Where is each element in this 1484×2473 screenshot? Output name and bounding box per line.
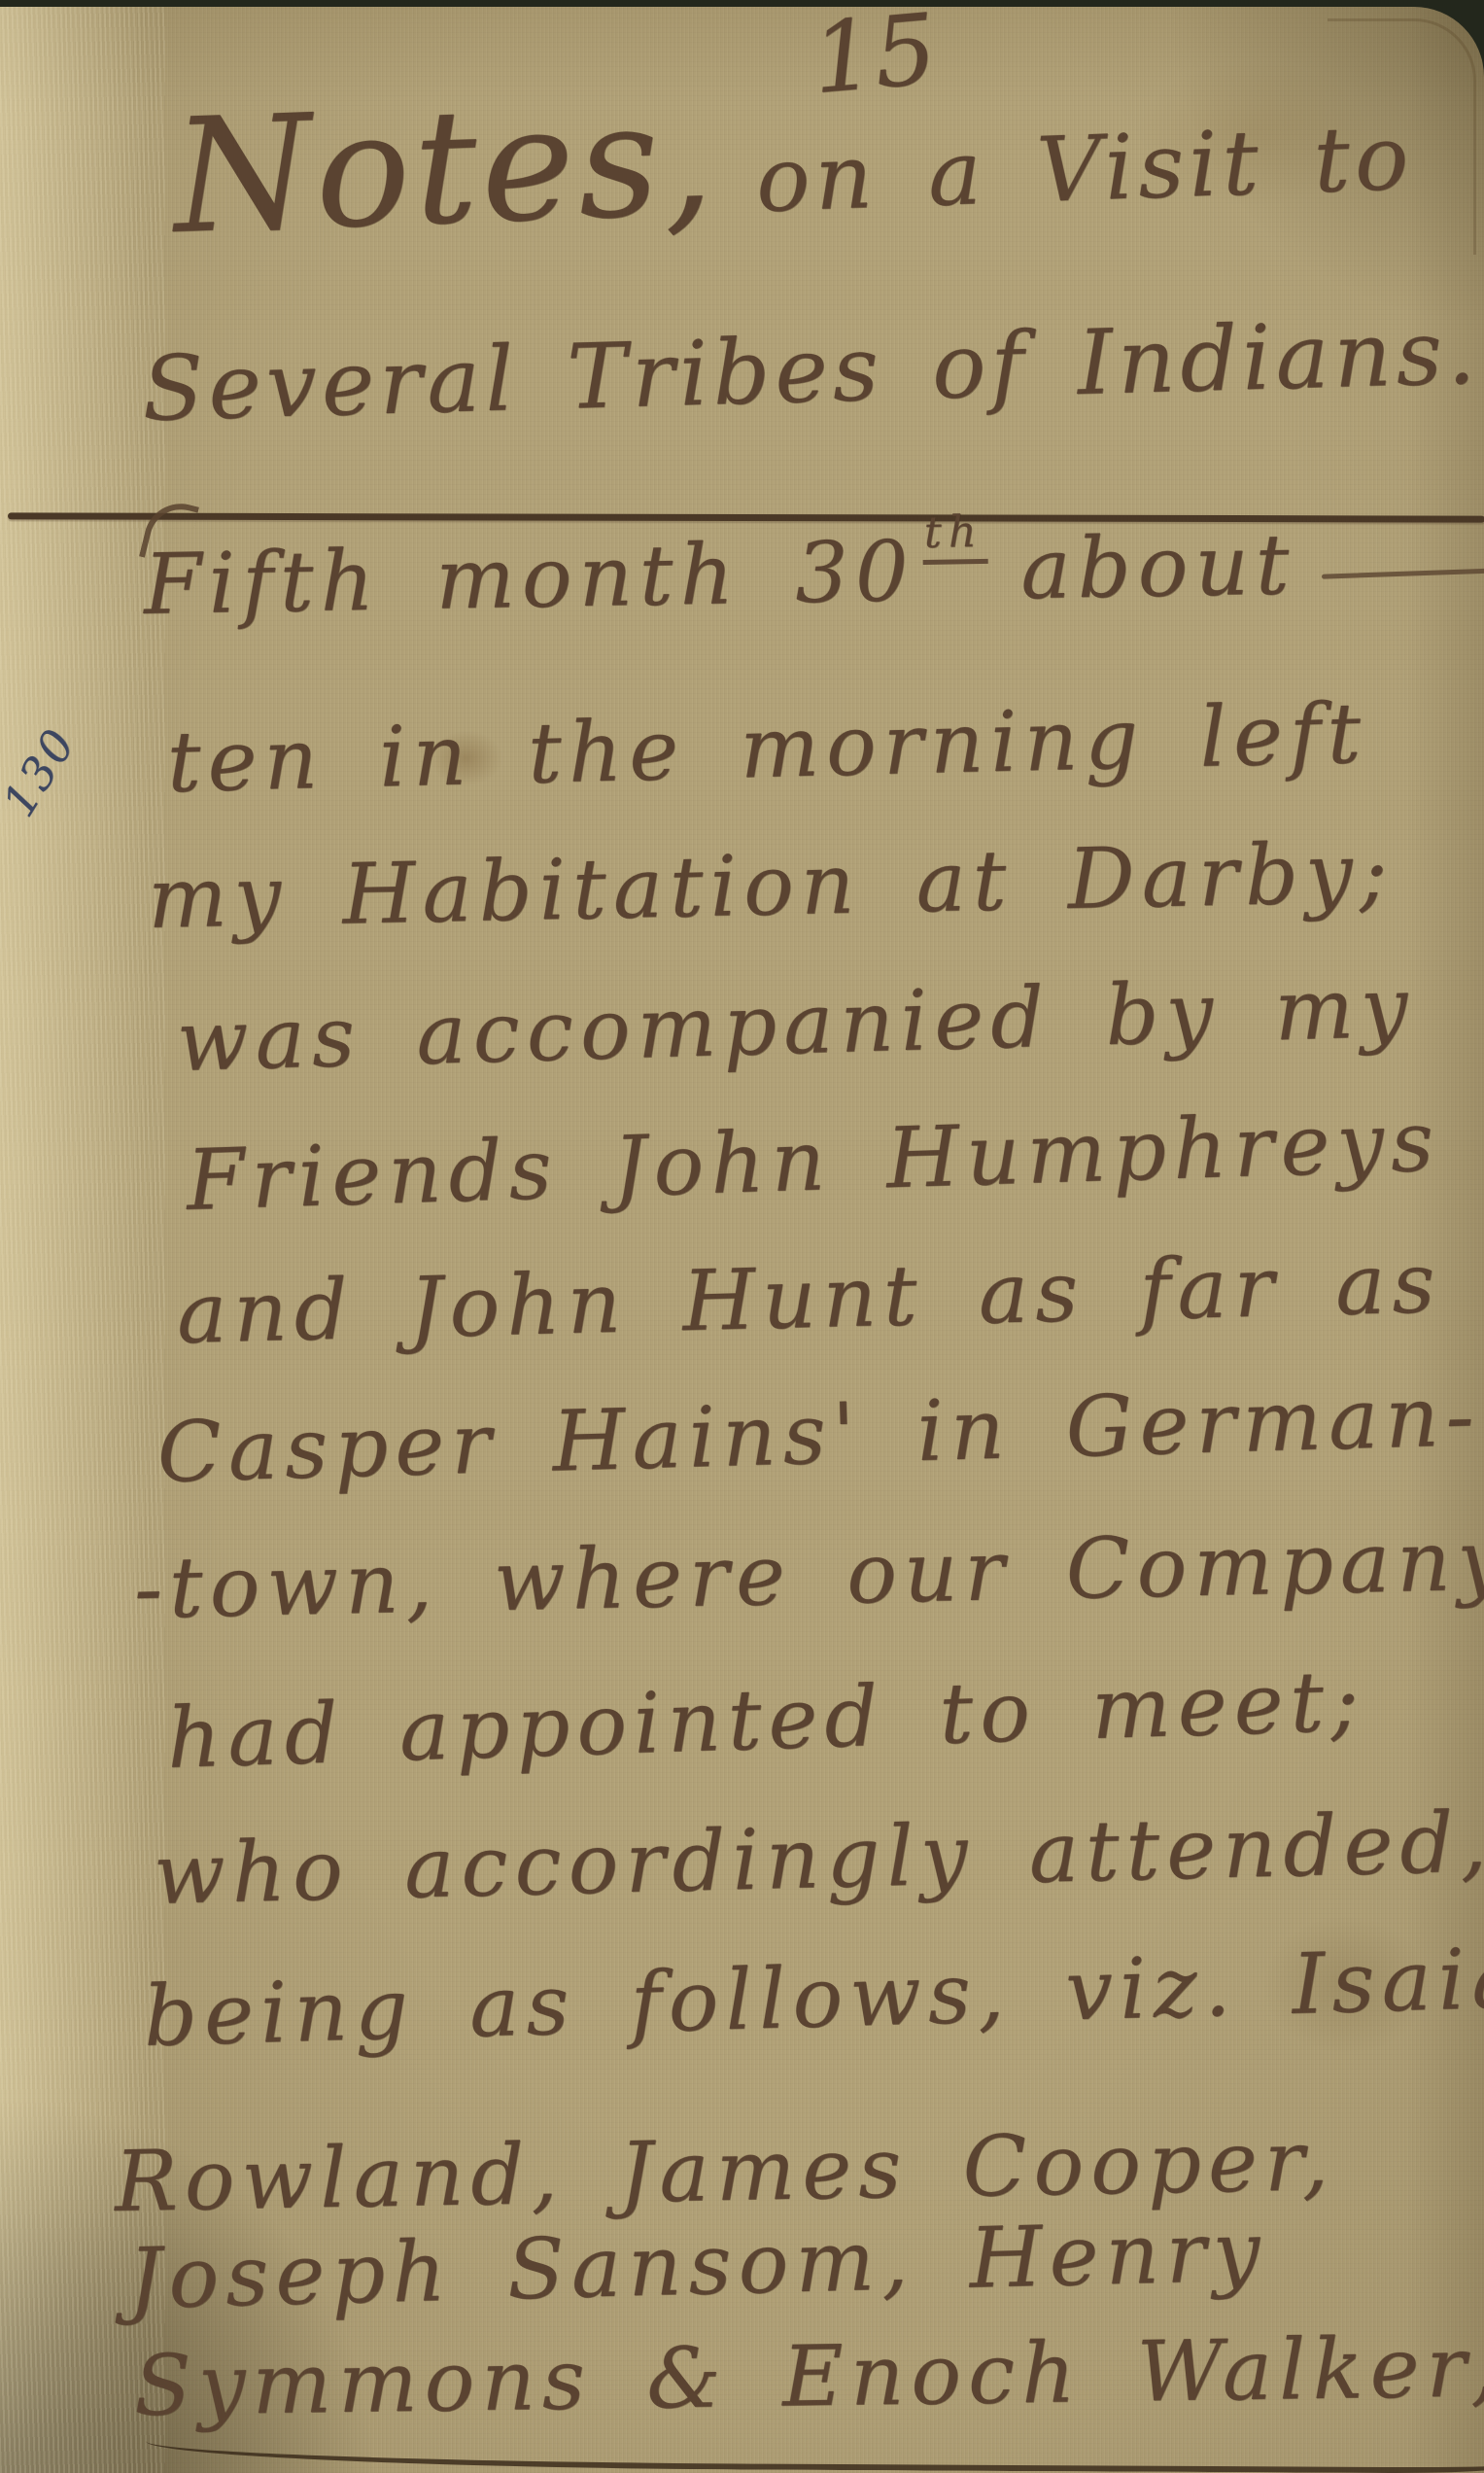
date-ordinal: th <box>921 505 987 565</box>
manuscript-title: Notes, on a Visit to <box>170 44 1415 269</box>
paper-grain-band <box>0 7 165 2473</box>
text-line: who accordingly attended, <box>153 1794 1484 1924</box>
scanned-manuscript: { "document": { "type": "handwritten man… <box>0 0 1484 2473</box>
text-line: was accompanied by my <box>176 958 1416 1091</box>
page-bottom-edge <box>146 2425 1484 2473</box>
text-line-date: Fifth month 30thabout <box>143 512 1484 634</box>
date-text: Fifth month 30 <box>143 523 915 634</box>
date-text-cont: about <box>1019 516 1296 618</box>
title-rest: on a Visit to <box>754 106 1415 233</box>
manuscript-page: 15 Notes, on a Visit to Several Tribes o… <box>0 7 1484 2473</box>
text-line: and John Hunt as far as <box>176 1235 1443 1363</box>
manuscript-subtitle: Several Tribes of Indians. 1796 <box>141 281 1484 444</box>
title-word: Notes, <box>170 68 719 269</box>
text-line: had appointed to meet; <box>165 1653 1366 1788</box>
subtitle-text: Several Tribes of Indians. <box>141 300 1482 441</box>
text-line: Casper Hains' in German- <box>156 1368 1482 1502</box>
text-line: -town, where our Company <box>133 1512 1484 1638</box>
text-line: Symmons & Enoch Walker; <box>133 2318 1484 2435</box>
text-line: Friends John Humphreys <box>185 1093 1441 1229</box>
text-line: ten in the morning left <box>166 685 1369 812</box>
text-line: my Habitation at Darby; <box>147 824 1396 948</box>
pen-dash-flourish <box>1322 567 1484 579</box>
